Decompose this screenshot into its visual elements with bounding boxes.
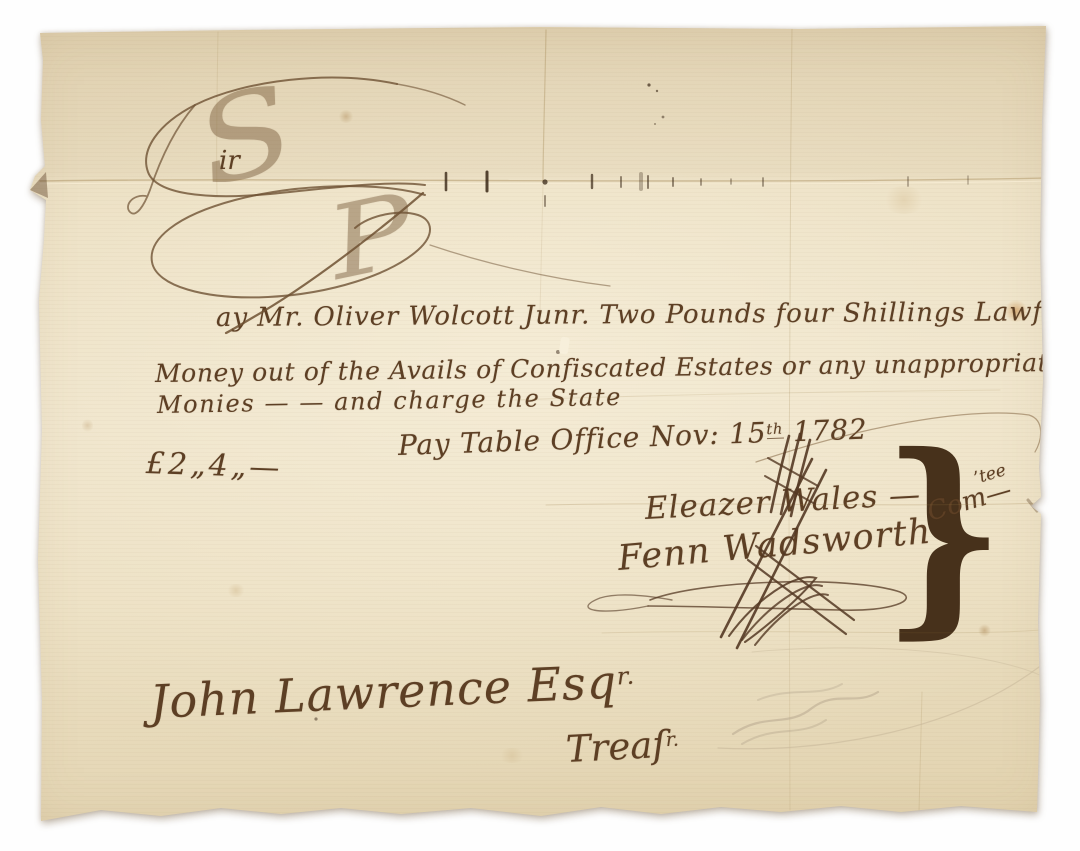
amount: £2„4„—: [145, 449, 282, 484]
dateline-text: Pay Table Office Nov: 15: [397, 416, 767, 462]
paper-patch: [559, 337, 570, 355]
aged-paper-sheet: S ir P ay Mr. Oliver Wolcott Junr. Two P…: [0, 0, 1080, 851]
body-line-3: Monies — — and charge the State: [157, 385, 622, 417]
dateline: Pay Table Office Nov: 15th 1782: [398, 416, 868, 460]
dateline-year: 1782: [792, 413, 868, 449]
body-line-1: ay Mr. Oliver Wolcott Junr. Two Pounds f…: [216, 299, 1070, 331]
pay-flourish-initial: P: [320, 180, 423, 295]
addressee-title: Treaſr.: [565, 725, 680, 768]
fox-spot: [338, 110, 354, 123]
stain: [82, 418, 93, 433]
stain: [498, 748, 526, 763]
scanned-document-page: { "document": { "salutation": { "initial…: [0, 0, 1080, 851]
addressee-title-sup: r.: [665, 728, 679, 752]
ghost-bleed-marks: [718, 648, 1046, 749]
document-sheet-wrapper: S ir P ay Mr. Oliver Wolcott Junr. Two P…: [0, 0, 1080, 851]
addressee-name-sup: r.: [616, 662, 636, 691]
stain: [882, 186, 926, 214]
addressee-name: John Lawrence Esqr.: [149, 658, 636, 725]
dateline-ordinal: th: [766, 421, 783, 440]
stain: [226, 584, 246, 597]
salutation: ir: [219, 148, 240, 174]
body-line-2: Money out of the Avails of Confiscated E…: [155, 350, 1080, 386]
addressee-title-text: Treaſ: [565, 723, 667, 771]
salutation-flourish-initial: S: [185, 69, 306, 205]
addressee-name-text: John Lawrence Esq: [149, 655, 618, 729]
